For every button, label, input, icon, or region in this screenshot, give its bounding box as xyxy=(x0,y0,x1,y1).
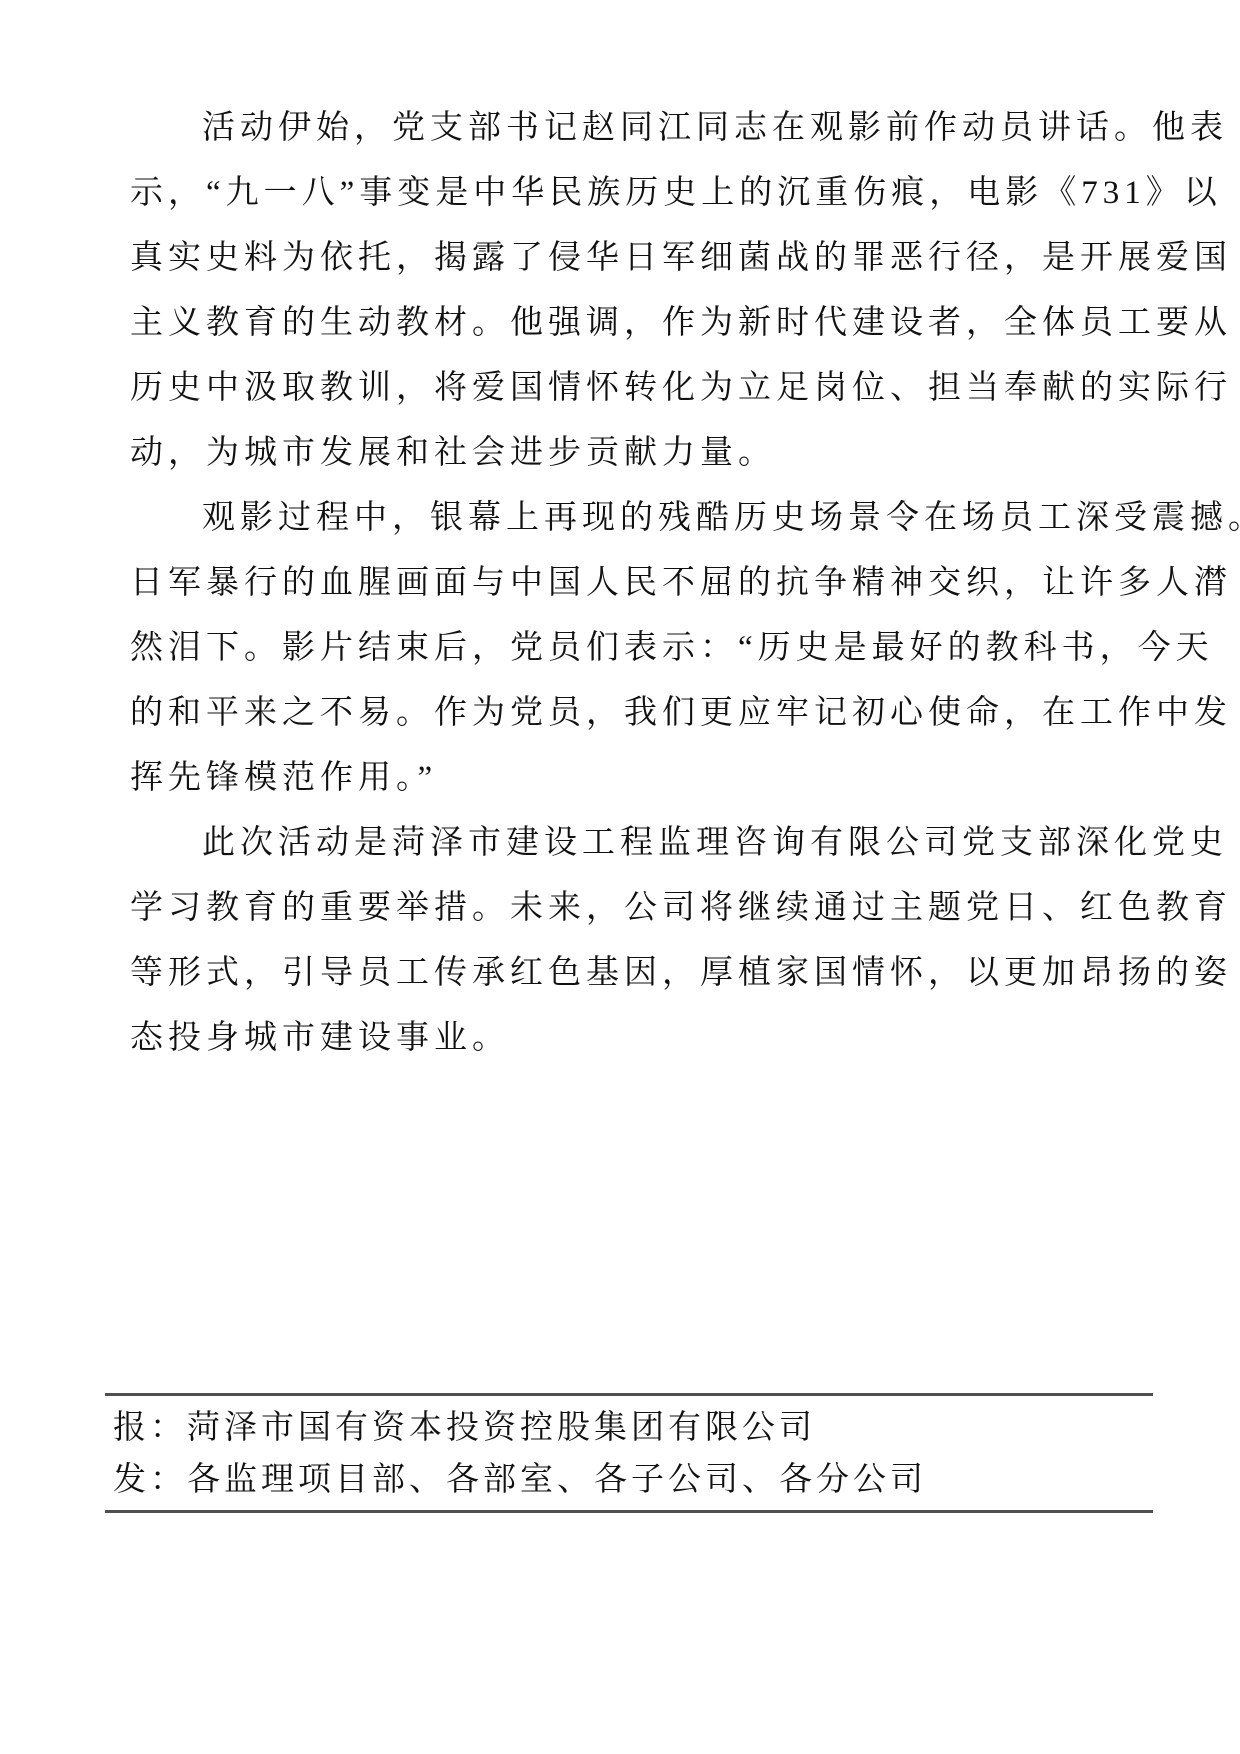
body-line: 学习教育的重要举措。未来，公司将继续通过主题党日、红色教育 xyxy=(130,876,1140,941)
body-line: 活动伊始，党支部书记赵同江同志在观影前作动员讲话。他表 xyxy=(130,96,1140,161)
body-line: 真实史料为依托，揭露了侵华日军细菌战的罪恶行径，是开展爱国 xyxy=(130,226,1140,291)
body-line: 示，“九一八”事变是中华民族历史上的沉重伤痕，电影《731》以 xyxy=(130,161,1140,226)
body-line: 日军暴行的血腥画面与中国人民不屈的抗争精神交织，让许多人潸 xyxy=(130,551,1140,616)
body-line: 观影过程中，银幕上再现的残酷历史场景令在场员工深受震撼。 xyxy=(130,486,1140,551)
body-line: 动，为城市发展和社会进步贡献力量。 xyxy=(130,421,1140,486)
distribution-block: 报：菏泽市国有资本投资控股集团有限公司 发：各监理项目部、各部室、各子公司、各分… xyxy=(105,1393,1153,1513)
article-body: 活动伊始，党支部书记赵同江同志在观影前作动员讲话。他表 示，“九一八”事变是中华… xyxy=(130,96,1140,1071)
document-page: 活动伊始，党支部书记赵同江同志在观影前作动员讲话。他表 示，“九一八”事变是中华… xyxy=(0,0,1240,1754)
body-line: 挥先锋模范作用。” xyxy=(130,746,1140,811)
body-line: 历史中汲取教训，将爱国情怀转化为立足岗位、担当奉献的实际行 xyxy=(130,356,1140,421)
body-line: 主义教育的生动教材。他强调，作为新时代建设者，全体员工要从 xyxy=(130,291,1140,356)
report-to-line: 报：菏泽市国有资本投资控股集团有限公司 xyxy=(113,1402,1153,1454)
footer-bottom-rule xyxy=(105,1510,1153,1513)
distribute-to-line: 发：各监理项目部、各部室、各子公司、各分公司 xyxy=(113,1454,1153,1506)
footer-lines: 报：菏泽市国有资本投资控股集团有限公司 发：各监理项目部、各部室、各子公司、各分… xyxy=(105,1396,1153,1510)
body-line: 此次活动是菏泽市建设工程监理咨询有限公司党支部深化党史 xyxy=(130,811,1140,876)
body-line: 然泪下。影片结束后，党员们表示：“历史是最好的教科书，今天 xyxy=(130,616,1140,681)
body-line: 态投身城市建设事业。 xyxy=(130,1006,1140,1071)
body-line: 的和平来之不易。作为党员，我们更应牢记初心使命，在工作中发 xyxy=(130,681,1140,746)
body-line: 等形式，引导员工传承红色基因，厚植家国情怀，以更加昂扬的姿 xyxy=(130,941,1140,1006)
